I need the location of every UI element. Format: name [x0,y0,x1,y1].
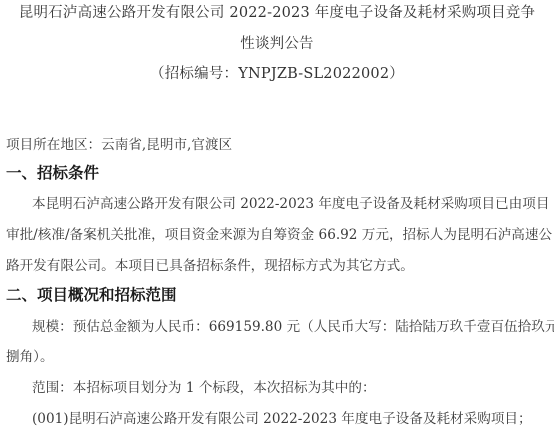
section-heading-bid-conditions: 一、招标条件 [6,164,99,182]
project-location: 项目所在地区：云南省,昆明市,官渡区 [6,136,232,154]
scale-line-1: 规模：预估总金额为人民币：669159.80 元（人民币大写：陆拾陆万玖千壹百伍… [32,318,554,336]
bid-conditions-line-3: 路开发有限公司。本项目已具备招标条件，现招标方式为其它方式。 [6,257,414,275]
title-line-1: 昆明石泸高速公路开发有限公司 2022-2023 年度电子设备及耗材采购项目竞争 [0,4,554,22]
section-heading-project-overview: 二、项目概况和招标范围 [6,286,177,304]
title-line-2: 性谈判公告 [0,35,554,53]
bid-conditions-line-2: 审批/核准/备案机关批准，项目资金来源为自筹资金 66.92 万元，招标人为昆明… [6,226,552,244]
scope-line: 范围：本招标项目划分为 1 个标段，本次招标为其中的： [32,379,376,397]
scale-line-2: 捌角）。 [6,348,54,366]
bid-conditions-line-1: 本昆明石泸高速公路开发有限公司 2022-2023 年度电子设备及耗材采购项目已… [32,195,549,213]
bid-code: （招标编号：YNPJZB-SL2022002） [0,65,554,83]
lot-line: (001)昆明石泸高速公路开发有限公司 2022-2023 年度电子设备及耗材采… [32,410,532,428]
